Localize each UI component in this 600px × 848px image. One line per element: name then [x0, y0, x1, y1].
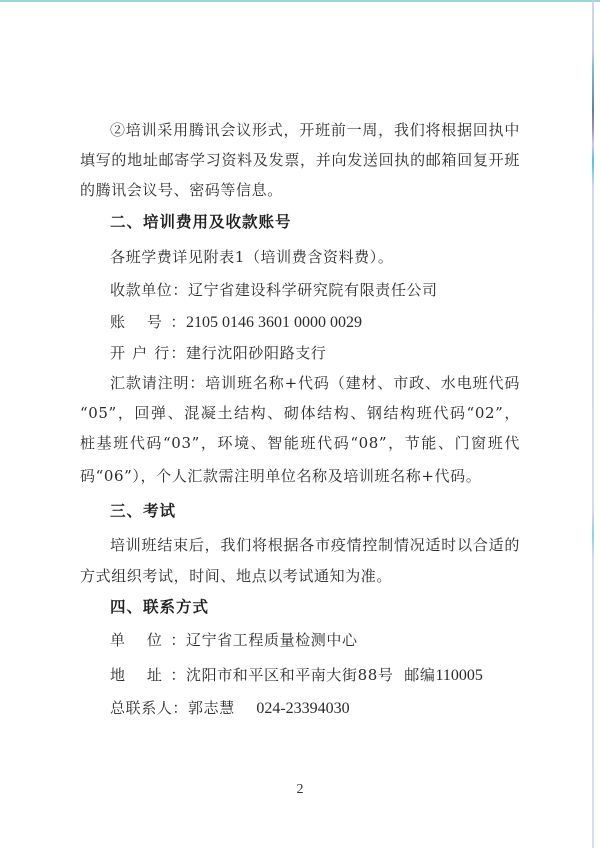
- section-heading-contact: 四、联系方式: [110, 597, 520, 617]
- bank-row: 开 户 行：建行沈阳砂阳路支行: [110, 343, 520, 363]
- section-heading-fees: 二、培训费用及收款账号: [110, 212, 520, 232]
- contact-phone: 024-23394030: [256, 700, 349, 717]
- bank-value: 建行沈阳砂阳路支行: [186, 344, 326, 362]
- section-heading-exam: 三、考试: [110, 501, 520, 521]
- payee-value: 辽宁省建设科学研究院有限责任公司: [188, 281, 438, 299]
- payee-row: 收款单位：辽宁省建设科学研究院有限责任公司: [110, 280, 520, 300]
- contact-person-row: 总联系人：郭志慧 024-23394030: [110, 698, 520, 719]
- payee-label: 收款单位：: [110, 280, 188, 300]
- account-label: 账 号：: [110, 312, 186, 332]
- unit-value: 辽宁省工程质量检测中心: [186, 631, 358, 649]
- contact-label: 总联系人：: [110, 698, 188, 718]
- exam-line-1: 培训班结束后，我们将根据各市疫情控制情况适时以合适的: [110, 535, 520, 555]
- account-row: 账 号：2105 0146 3601 0000 0029: [110, 312, 520, 333]
- remittance-note-line-1: 汇款请注明：培训班名称+代码（建材、市政、水电班代码: [110, 373, 520, 393]
- account-label-right: 号：: [147, 313, 186, 331]
- training-format-line-2: 填写的地址邮寄学习资料及发票，并向发送回执的邮箱回复开班: [80, 150, 520, 170]
- address-value: 沈阳市和平区和平南大街88号: [186, 666, 394, 684]
- address-label: 地 址：: [110, 665, 186, 685]
- remittance-note-line-2: “05”，回弹、混凝土结构、砌体结构、钢结构班代码“02”，: [80, 403, 520, 423]
- training-format-line-3: 的腾讯会议号、密码等信息。: [80, 180, 520, 200]
- unit-label: 单 位：: [110, 630, 186, 650]
- unit-label-left: 单: [110, 631, 134, 649]
- fee-note: 各班学费详见附表1（培训费含资料费）。: [110, 247, 520, 267]
- contact-name: 郭志慧: [188, 699, 235, 717]
- postcode-label: 邮编: [404, 666, 435, 684]
- bank-label: 开 户 行：: [110, 343, 186, 363]
- unit-label-right: 位：: [147, 631, 186, 649]
- remittance-note-line-4: 码“06”），个人汇款需注明单位名称及培训班名称+代码。: [80, 466, 520, 486]
- training-format-line-1: ②培训采用腾讯会议形式，开班前一周，我们将根据回执中: [110, 120, 520, 140]
- exam-line-2: 方式组织考试，时间、地点以考试通知为准。: [80, 566, 520, 586]
- address-label-left: 地: [110, 666, 134, 684]
- postcode-value: 110005: [435, 667, 482, 684]
- page-number: 2: [290, 782, 310, 798]
- account-label-left: 账: [110, 313, 134, 331]
- account-number: 2105 0146 3601 0000 0029: [186, 314, 362, 331]
- address-label-right: 址：: [147, 666, 186, 684]
- remittance-note-line-3: 桩基班代码“03”，环境、智能班代码“08”，节能、门窗班代: [80, 433, 520, 453]
- contact-unit-row: 单 位：辽宁省工程质量检测中心: [110, 630, 520, 650]
- document-page: ②培训采用腾讯会议形式，开班前一周，我们将根据回执中 填写的地址邮寄学习资料及发…: [0, 0, 600, 848]
- contact-address-row: 地 址：沈阳市和平区和平南大街88号 邮编110005: [110, 665, 520, 686]
